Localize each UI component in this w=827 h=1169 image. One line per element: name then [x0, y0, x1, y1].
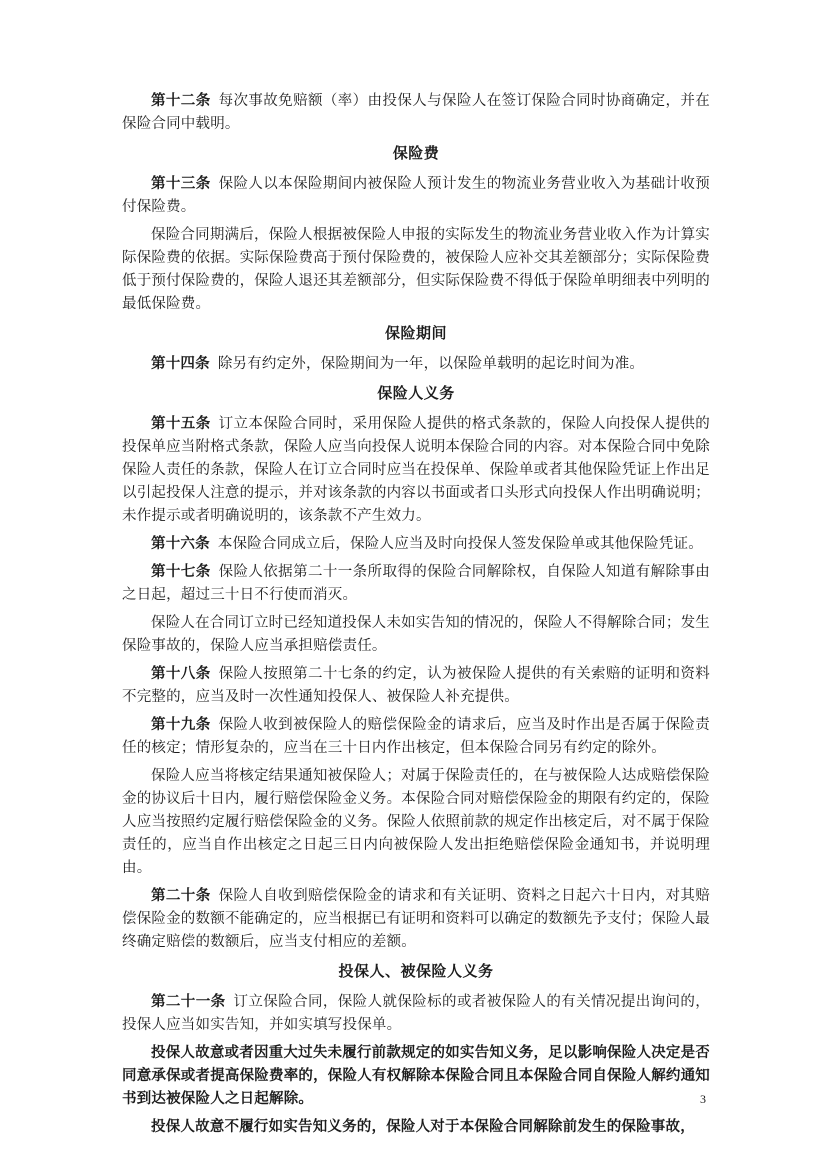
paragraph: 保险人应当将核定结果通知被保险人；对属于保险责任的，在与被保险人达成赔偿保险金的… — [122, 765, 710, 880]
paragraph: 投保人故意或者因重大过失未履行前款规定的如实告知义务，足以影响保险人决定是否同意… — [122, 1042, 710, 1111]
article-number: 第十四条 — [151, 356, 210, 372]
paragraph: 第十三条保险人以本保险期间内被保险人预计发生的物流业务营业收入为基础计收预付保险… — [122, 173, 710, 219]
section-heading: 投保人、被保险人义务 — [122, 961, 710, 984]
section-heading: 保险费 — [122, 143, 710, 166]
document-body: 第十二条每次事故免赔额（率）由投保人与保险人在签订保险合同时协商确定，并在保险合… — [122, 90, 710, 1144]
article-number: 第十二条 — [151, 93, 211, 109]
paragraph: 第二十条保险人自收到赔偿保险金的请求和有关证明、资料之日起六十日内，对其赔偿保险… — [122, 885, 710, 954]
paragraph: 第十二条每次事故免赔额（率）由投保人与保险人在签订保险合同时协商确定，并在保险合… — [122, 90, 710, 136]
section-heading: 保险人义务 — [122, 383, 710, 406]
paragraph: 保险合同期满后，保险人根据被保险人申报的实际发生的物流业务营业收入作为计算实际保… — [122, 224, 710, 316]
paragraph: 第二十一条订立保险合同，保险人就保险标的或者被保险人的有关情况提出询问的，投保人… — [122, 991, 710, 1037]
article-number: 第十五条 — [151, 416, 211, 432]
article-number: 第二十一条 — [151, 994, 226, 1010]
paragraph: 保险人在合同订立时已经知道投保人未如实告知的情况的，保险人不得解除合同；发生保险… — [122, 612, 710, 658]
article-number: 第十八条 — [151, 666, 211, 682]
article-number: 第十七条 — [151, 564, 211, 580]
article-number: 第二十条 — [151, 888, 211, 904]
paragraph: 第十七条保险人依据第二十一条所取得的保险合同解除权，自保险人知道有解除事由之日起… — [122, 561, 710, 607]
section-heading: 保险期间 — [122, 323, 710, 346]
article-number: 第十三条 — [151, 176, 211, 192]
document-page: 第十二条每次事故免赔额（率）由投保人与保险人在签订保险合同时协商确定，并在保险合… — [0, 0, 827, 1169]
paragraph: 第十四条除另有约定外，保险期间为一年，以保险单载明的起讫时间为准。 — [122, 353, 710, 376]
paragraph: 投保人故意不履行如实告知义务的，保险人对于本保险合同解除前发生的保险事故， — [122, 1116, 710, 1139]
paragraph: 第十八条保险人按照第二十七条的约定，认为被保险人提供的有关索赔的证明和资料不完整… — [122, 663, 710, 709]
page-number: 3 — [700, 1092, 706, 1106]
article-number: 第十九条 — [151, 717, 211, 733]
paragraph: 第十九条保险人收到被保险人的赔偿保险金的请求后，应当及时作出是否属于保险责任的核… — [122, 714, 710, 760]
article-number: 第十六条 — [151, 536, 210, 552]
paragraph: 第十六条本保险合同成立后，保险人应当及时向投保人签发保险单或其他保险凭证。 — [122, 533, 710, 556]
paragraph: 第十五条订立本保险合同时，采用保险人提供的格式条款的，保险人向投保人提供的投保单… — [122, 413, 710, 528]
